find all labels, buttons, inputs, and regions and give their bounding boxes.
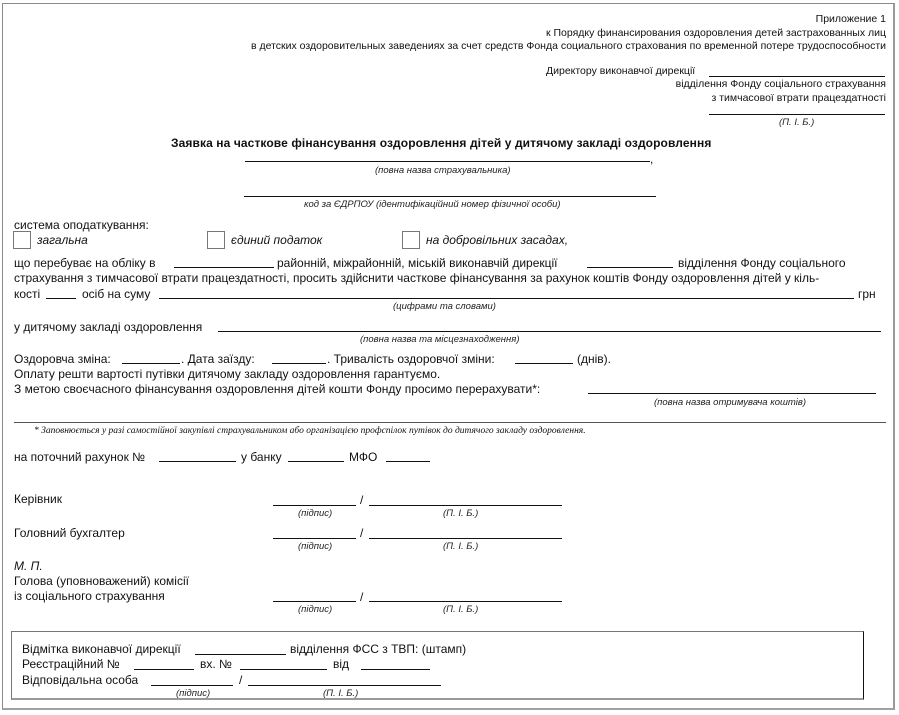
responsible-person-label: Відповідальна особа — [22, 673, 138, 687]
checkbox-single-tax[interactable] — [207, 231, 225, 249]
director-name-field[interactable] — [709, 114, 885, 115]
commission-slash: / — [360, 590, 363, 604]
bank-name-field[interactable] — [288, 461, 344, 462]
responsible-pib-hint: (П. І. Б.) — [323, 688, 358, 699]
office-mark-label: Відмітка виконавчої дирекції — [22, 642, 181, 656]
head-name-field[interactable] — [369, 505, 562, 506]
addressee-dept-1: відділення Фонду соціального страхування — [676, 78, 886, 90]
registered-in-field[interactable] — [174, 267, 274, 268]
commission-sign-hint: (підпис) — [298, 604, 332, 615]
transfer-label: З метою своєчасного фінансування оздоров… — [14, 382, 540, 396]
body-line-1a: що перебуває на обліку в — [14, 256, 156, 270]
head-sign-hint: (підпис) — [298, 508, 332, 519]
director-pib-hint: (П. І. Б.) — [779, 117, 814, 128]
duration-field[interactable] — [515, 363, 573, 364]
checkbox-voluntary[interactable] — [402, 231, 420, 249]
signature-role-commission-1: Голова (уповноважений) комісії — [14, 574, 189, 588]
insurer-name-hint: (повна назва страхувальника) — [375, 165, 511, 176]
taxation-option-single-tax-label: єдиний податок — [231, 233, 322, 247]
from-date-field[interactable] — [361, 669, 430, 670]
signature-role-head: Керівник — [14, 492, 62, 506]
duration-unit: (днів). — [577, 352, 611, 366]
edrpou-code-field[interactable] — [244, 196, 656, 197]
commission-pib-hint: (П. І. Б.) — [443, 604, 478, 615]
from-date-label: від — [333, 657, 349, 671]
recipient-hint: (повна назва отримувача коштів) — [654, 397, 806, 408]
footnote-text: * Заповнюється у разі самостійної закупі… — [34, 426, 586, 436]
commission-signature-field[interactable] — [273, 601, 356, 602]
office-mark-suffix: відділення ФСС з ТВП: (штамп) — [290, 642, 466, 656]
responsible-signature-field[interactable] — [151, 685, 233, 686]
accountant-signature-field[interactable] — [273, 538, 356, 539]
accountant-name-field[interactable] — [369, 538, 562, 539]
body-line-3a: кості — [14, 287, 40, 301]
taxation-option-voluntary-label: на добровільних засадах, — [426, 233, 568, 247]
responsible-name-field[interactable] — [248, 685, 441, 686]
facility-hint: (повна назва та місцезнаходження) — [360, 334, 520, 345]
office-directorate-field[interactable] — [195, 654, 286, 655]
footnote-separator — [14, 422, 886, 423]
guarantee-text: Оплату решти вартості путівки дитячому з… — [14, 367, 440, 381]
incoming-number-label: вх. № — [200, 657, 232, 671]
taxation-option-general-label: загальна — [37, 233, 88, 247]
directorate-field[interactable] — [587, 267, 673, 268]
mfo-field[interactable] — [386, 461, 430, 462]
recipient-field[interactable] — [588, 393, 876, 394]
arrival-label: . Дата заїзду: — [181, 352, 255, 366]
body-line-1b: районній, міжрайонній, міській виконавчі… — [277, 256, 558, 270]
currency-label: грн — [858, 287, 876, 301]
arrival-date-field[interactable] — [272, 363, 326, 364]
taxation-label: система оподаткування: — [14, 218, 149, 232]
addressee-dept-2: з тимчасової втрати працездатності — [711, 92, 886, 104]
taxation-option-single-tax[interactable]: єдиний податок — [207, 231, 322, 249]
facility-field[interactable] — [218, 331, 881, 332]
appendix-line-2: к Порядку финансирования оздоровления де… — [546, 27, 886, 39]
form-title: Заявка на часткове фінансування оздоровл… — [171, 136, 711, 150]
accountant-slash: / — [360, 526, 363, 540]
signature-role-commission-2: із соціального страхування — [14, 589, 165, 603]
edrpou-hint: код за ЄДРПОУ (ідентифікаційний номер фі… — [304, 199, 561, 210]
signature-role-accountant: Головний бухгалтер — [14, 526, 125, 540]
taxation-option-voluntary[interactable]: на добровільних засадах, — [402, 231, 568, 249]
appendix-line-3: в детских оздоровительных заведениях за … — [251, 40, 886, 52]
head-slash: / — [360, 493, 363, 507]
facility-label: у дитячому закладі оздоровлення — [14, 320, 202, 334]
head-pib-hint: (П. І. Б.) — [443, 508, 478, 519]
sum-hint: (цифрами та словами) — [393, 301, 496, 312]
accountant-sign-hint: (підпис) — [298, 541, 332, 552]
responsible-slash: / — [239, 673, 242, 687]
taxation-option-general[interactable]: загальна — [13, 231, 88, 249]
insurer-name-field[interactable] — [245, 161, 650, 162]
account-number-field[interactable] — [159, 461, 236, 462]
mfo-label: МФО — [349, 450, 377, 464]
bank-label: у банку — [241, 450, 282, 464]
addressee-director: Директору виконавчої дирекції — [546, 65, 695, 77]
body-line-2: страхування з тимчасової втрати працезда… — [14, 271, 819, 285]
head-signature-field[interactable] — [273, 505, 356, 506]
body-line-3b: осіб на суму — [82, 287, 150, 301]
commission-name-field[interactable] — [369, 601, 562, 602]
reg-number-field[interactable] — [134, 669, 194, 670]
incoming-number-field[interactable] — [240, 669, 327, 670]
shift-label: Оздоровча зміна: — [14, 352, 111, 366]
duration-label: . Тривалість оздоровчої зміни: — [327, 352, 495, 366]
checkbox-general[interactable] — [13, 231, 31, 249]
accountant-pib-hint: (П. І. Б.) — [443, 541, 478, 552]
shift-field[interactable] — [122, 363, 180, 364]
sum-field[interactable] — [159, 298, 854, 299]
director-dept-field[interactable] — [709, 76, 885, 77]
stamp-place-mark: М. П. — [14, 559, 43, 573]
reg-number-label: Реєстраційний № — [22, 657, 120, 671]
body-line-1c: відділення Фонду соціального — [678, 256, 846, 270]
responsible-sign-hint: (підпис) — [176, 688, 210, 699]
insurer-comma: , — [650, 152, 653, 166]
account-label: на поточний рахунок № — [14, 450, 145, 464]
persons-count-field[interactable] — [46, 298, 76, 299]
appendix-label: Приложение 1 — [816, 13, 886, 25]
